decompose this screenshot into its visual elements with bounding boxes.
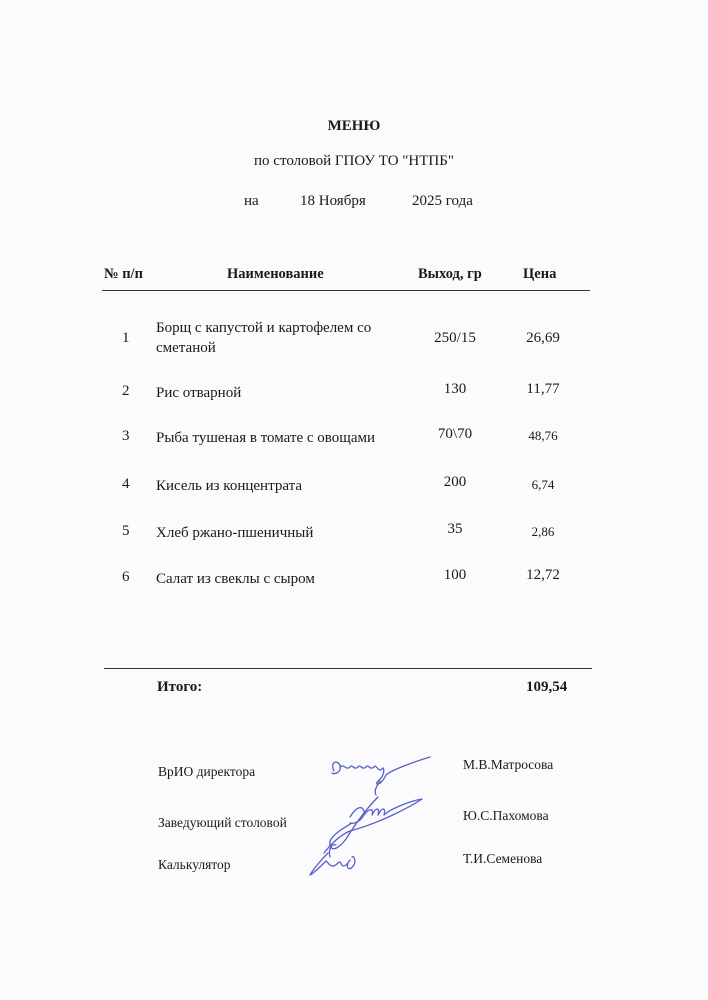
header-divider: [102, 290, 590, 291]
header-num: № п/п: [104, 266, 143, 283]
header-price: Цена: [523, 266, 556, 283]
row-price: 6,74: [503, 477, 583, 493]
row-num: 3: [122, 428, 130, 445]
row-name: Кисель из концентрата: [156, 476, 406, 496]
row-num: 6: [122, 569, 130, 586]
total-label: Итого:: [157, 679, 202, 696]
row-output: 100: [415, 567, 495, 584]
row-price: 11,77: [503, 381, 583, 398]
row-output: 70\70: [415, 426, 495, 443]
header-name: Наименование: [227, 266, 324, 283]
row-output: 35: [415, 521, 495, 538]
row-num: 2: [122, 383, 130, 400]
row-name: Борщ с капустой и картофелем со сметаной: [156, 318, 406, 358]
row-price: 12,72: [503, 567, 583, 584]
row-name: Рыба тушеная в томате с овощами: [156, 428, 406, 448]
menu-document: МЕНЮ по столовой ГПОУ ТО "НТПБ" на 18 Но…: [0, 0, 708, 1000]
signature-person: М.В.Матросова: [463, 757, 553, 773]
signature-person: Т.И.Семенова: [463, 851, 542, 867]
row-output: 250/15: [415, 330, 495, 347]
row-num: 1: [122, 330, 130, 347]
row-price: 26,69: [503, 330, 583, 347]
row-output: 130: [415, 381, 495, 398]
document-title: МЕНЮ: [0, 118, 708, 135]
total-divider: [104, 668, 592, 669]
header-output: Выход, гр: [418, 266, 482, 283]
row-price: 48,76: [503, 428, 583, 444]
row-price: 2,86: [503, 524, 583, 540]
row-name: Рис отварной: [156, 383, 406, 403]
document-subtitle: по столовой ГПОУ ТО "НТПБ": [0, 153, 708, 170]
row-name: Салат из свеклы с сыром: [156, 569, 406, 589]
date-prefix: на: [244, 193, 259, 210]
row-num: 5: [122, 523, 130, 540]
date-year: 2025 года: [412, 193, 473, 210]
row-output: 200: [415, 474, 495, 491]
row-name: Хлеб ржано-пшеничный: [156, 523, 406, 543]
signature-role: Заведующий столовой: [158, 815, 287, 831]
handwritten-signatures-icon: [290, 745, 440, 885]
signature-role: ВрИО директора: [158, 764, 255, 780]
signature-person: Ю.С.Пахомова: [463, 808, 549, 824]
date-day-month: 18 Ноября: [300, 193, 366, 210]
signature-role: Калькулятор: [158, 857, 231, 873]
total-value: 109,54: [526, 679, 567, 696]
row-num: 4: [122, 476, 130, 493]
